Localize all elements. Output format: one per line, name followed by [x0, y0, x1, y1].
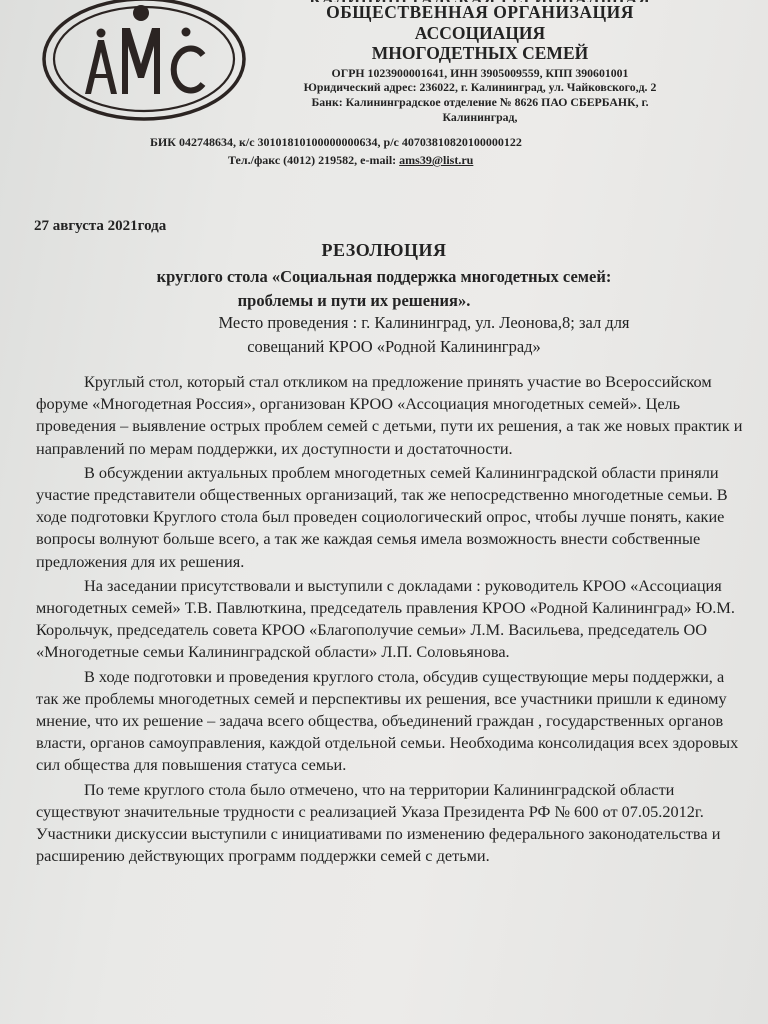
bank-line2: Калининград,: [200, 112, 760, 124]
document-title: РЕЗОЛЮЦИЯ: [0, 240, 768, 261]
venue-line1: Место проведения : г. Калининград, ул. Л…: [40, 313, 768, 333]
org-name-line2: АССОЦИАЦИЯ: [200, 25, 760, 43]
bank-details: БИК 042748634, к/с 30101810100000000634,…: [150, 135, 750, 150]
paragraph: По теме круглого стола было отмечено, чт…: [36, 779, 748, 868]
paragraph: На заседании присутствовали и выступили …: [36, 575, 748, 664]
org-name-line3: МНОГОДЕТНЫХ СЕМЕЙ: [200, 45, 760, 63]
phone-fax: Тел./факс (4012) 219582, e-mail:: [228, 153, 399, 167]
venue-line2: совещаний КРОО «Родной Калининград»: [10, 337, 768, 357]
bank-line1: Банк: Калининградское отделение № 8626 П…: [200, 97, 760, 109]
document-date: 27 августа 2021года: [34, 218, 166, 235]
org-name-line1: ОБЩЕСТВЕННАЯ ОРГАНИЗАЦИЯ: [200, 4, 760, 22]
document-page: КАЛИНИНГРАДСКАЯ РЕГИОНАЛЬНАЯ ОБЩЕСТВЕННА…: [0, 0, 768, 1024]
paragraph: В ходе подготовки и проведения круглого …: [36, 666, 748, 777]
paragraph: В обсуждении актуальных проблем многодет…: [36, 462, 748, 573]
legal-address: Юридический адрес: 236022, г. Калинингра…: [200, 82, 760, 94]
document-body: Круглый стол, который стал откликом на п…: [36, 371, 748, 867]
document-subtitle-line2: проблемы и пути их решения».: [0, 291, 738, 311]
paragraph: Круглый стол, который стал откликом на п…: [36, 371, 748, 460]
document-subtitle-line1: круглого стола «Социальная поддержка мно…: [0, 267, 768, 287]
registry-numbers: ОГРН 1023900001641, ИНН 3905009559, КПП …: [200, 68, 760, 80]
email-link[interactable]: ams39@list.ru: [399, 153, 473, 167]
letterhead: КАЛИНИНГРАДСКАЯ РЕГИОНАЛЬНАЯ ОБЩЕСТВЕННА…: [200, 0, 760, 124]
contact-line: Тел./факс (4012) 219582, e-mail: ams39@l…: [228, 153, 473, 168]
